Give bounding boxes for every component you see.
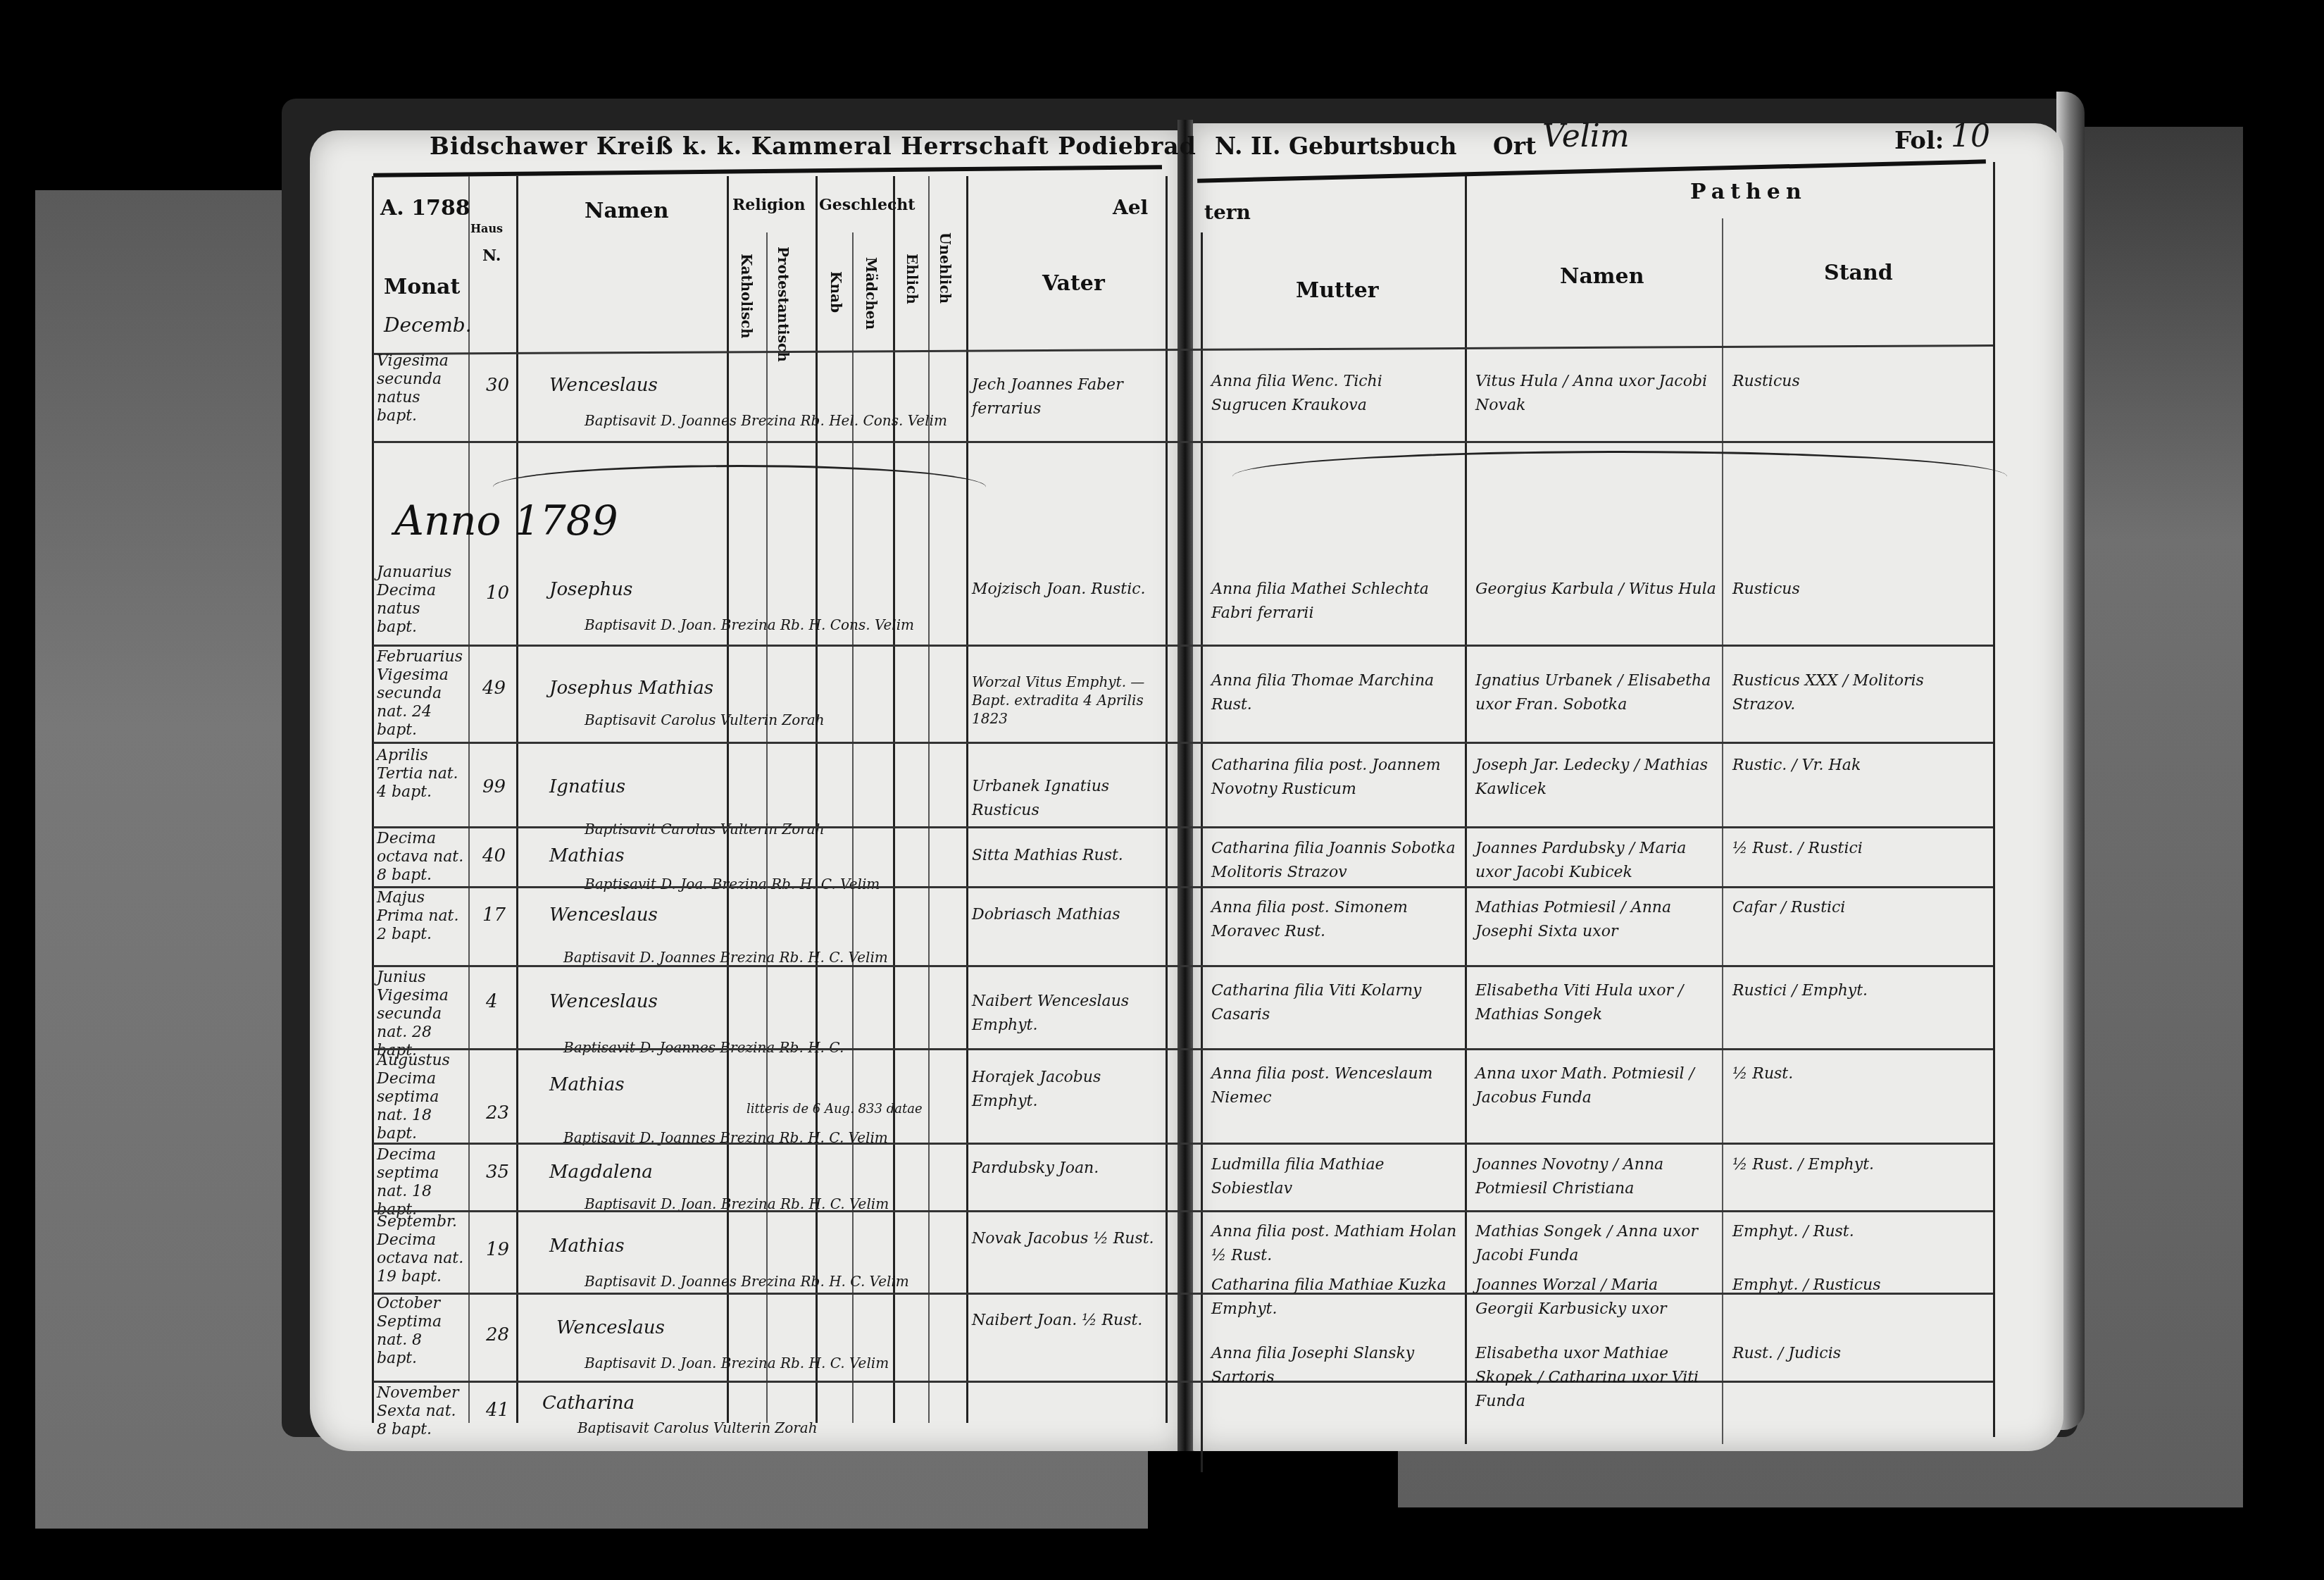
entry-name: Mathias [549, 1234, 624, 1258]
entry-date: November Sexta nat. 8 bapt. [377, 1384, 465, 1439]
entry-date: Septembr. Decima octava nat. 19 bapt. [377, 1213, 465, 1286]
entry-baptized: Baptisavit D. Joannes Brezina Rb. Hel. C… [585, 409, 947, 433]
entry-stand: Cafar / Rustici [1732, 896, 1986, 920]
entry-baptized: Baptisavit D. Joan. Brezina Rb. H. C. Ve… [585, 1351, 889, 1375]
entry-name: Wenceslaus [549, 990, 658, 1014]
entry-stand: Rust. / Judicis [1732, 1342, 1986, 1366]
entry-date: Majus Prima nat. 2 bapt. [377, 889, 465, 944]
entry-pathen: Vitus Hula / Anna uxor Jacobi Novak [1475, 370, 1718, 418]
namen-header: Namen [585, 199, 669, 223]
entry-name: Catharina [542, 1391, 635, 1415]
row-divider [373, 826, 1993, 828]
entry-mutter: Anna filia Mathei Schlechta Fabri ferrar… [1211, 578, 1458, 626]
entry-name: Josephus [549, 578, 632, 602]
entry-stand: Rustici / Emphyt. [1732, 979, 1986, 1003]
entry-mutter: Anna filia Josephi Slansky Sartoris [1211, 1342, 1458, 1390]
entry-name: Mathias [549, 844, 624, 868]
entry-mutter: Anna filia Thomae Marchina Rust. [1211, 669, 1458, 717]
grid-line [1201, 232, 1203, 1472]
folio-number: 10 [1951, 118, 1990, 154]
ehlich-header: Ehlich [904, 254, 920, 304]
grid-line [893, 176, 895, 1423]
entry-date: Februarius Vigesima secunda nat. 24 bapt… [377, 648, 465, 740]
entry-baptized: Baptisavit D. Joa. Brezina Rb. H. C. Vel… [585, 872, 880, 896]
entry-name: Wenceslaus [549, 903, 658, 927]
row-divider [373, 886, 1993, 888]
entry-vater: Pardubsky Joan. [972, 1157, 1162, 1181]
entry-name: Mathias [549, 1073, 624, 1097]
entry-name: Josephus Mathias [549, 676, 713, 700]
entry-pathen: Joseph Jar. Ledecky / Mathias Kawlicek [1475, 754, 1718, 802]
row-divider [373, 965, 1993, 967]
grid-line [468, 176, 470, 1423]
pathen-header: Pathen [1690, 180, 1807, 204]
grid-line [928, 176, 930, 1423]
entry-haus: 41 [486, 1398, 509, 1422]
entry-haus: 10 [486, 581, 509, 605]
grid-line [816, 176, 818, 1423]
entry-stand: Emphyt. / Rusticus [1732, 1274, 1986, 1298]
entry-note: litteris de 6 Aug. 833 datae [746, 1097, 923, 1121]
grid-line [372, 176, 374, 1423]
entry-pathen: Anna uxor Math. Potmiesil / Jacobus Fund… [1475, 1062, 1718, 1110]
entry-baptized: Baptisavit Carolus Vulterin Zorah [585, 708, 825, 732]
madchen-header: Mädchen [863, 257, 880, 330]
entry-pathen: Joannes Pardubsky / Maria uxor Jacobi Ku… [1475, 837, 1718, 885]
flourish [1232, 451, 2007, 502]
left-page-title: Bidschawer Kreiß k. k. Kammeral Herrscha… [430, 132, 1197, 160]
entry-stand: ½ Rust. / Emphyt. [1732, 1153, 1986, 1177]
year-label: A. 1788 [380, 196, 470, 220]
entry-stand: ½ Rust. [1732, 1062, 1986, 1086]
stand-header: Stand [1824, 261, 1893, 285]
entry-pathen: Elisabetha Viti Hula uxor / Mathias Song… [1475, 979, 1718, 1027]
entry-baptized: Baptisavit D. Joannes Brezina Rb. H. C. [563, 1035, 844, 1059]
book-spine [1177, 120, 1193, 1451]
eltern-header-left: Ael [1113, 196, 1148, 219]
grid-line [1722, 218, 1723, 1444]
entry-haus: 17 [482, 903, 506, 927]
entry-stand: Emphyt. / Rust. [1732, 1220, 1986, 1244]
entry-mutter: Catharina filia Joannis Sobotka Molitori… [1211, 837, 1458, 885]
entry-date: Augustus Decima septima nat. 18 bapt. [377, 1052, 465, 1143]
entry-vater: Worzal Vitus Emphyt. — Bapt. extradita 4… [972, 673, 1162, 728]
haus-n-header: N. [482, 247, 501, 265]
entry-haus: 4 [486, 990, 498, 1014]
entry-name: Magdalena [549, 1160, 653, 1184]
eltern-header-right: tern [1204, 201, 1251, 224]
entry-vater: Urbanek Ignatius Rusticus [972, 775, 1162, 823]
entry-haus: 19 [486, 1238, 509, 1262]
entry-haus: 40 [482, 844, 506, 868]
ort-label: Ort [1493, 132, 1536, 160]
unehlich-header: Unehlich [937, 232, 954, 304]
entry-baptized: Baptisavit D. Joan. Brezina Rb. H. Cons.… [585, 613, 914, 637]
entry-mutter: Ludmilla filia Mathiae Sobiestlav [1211, 1153, 1458, 1201]
pathen-namen-header: Namen [1560, 264, 1644, 289]
entry-stand: Rusticus XXX / Molitoris Strazov. [1732, 669, 1986, 717]
katholisch-header: Katholisch [738, 254, 755, 339]
mutter-header: Mutter [1296, 278, 1379, 303]
entry-haus: 35 [486, 1160, 509, 1184]
folio-label: Fol: [1894, 127, 1944, 155]
entry-date: Decima septima nat. 18 bapt. [377, 1146, 465, 1219]
grid-line [516, 176, 518, 1423]
entry-date: Januarius Decima natus bapt. [377, 564, 465, 637]
entry-mutter: Catharina filia post. Joannem Novotny Ru… [1211, 754, 1458, 802]
entry-haus: 28 [486, 1323, 509, 1347]
entry-mutter: Anna filia Wenc. Tichi Sugrucen Kraukova [1211, 370, 1458, 418]
entry-vater: Horajek Jacobus Emphyt. [972, 1066, 1162, 1114]
grid-line [1993, 162, 1995, 1437]
entry-vater: Dobriasch Mathias [972, 903, 1162, 927]
entry-name: Wenceslaus [556, 1316, 665, 1340]
entry-name: Ignatius [549, 775, 625, 799]
entry-vater: Mojzisch Joan. Rustic. [972, 578, 1162, 602]
entry-date: Junius Vigesima secunda nat. 28 bapt. [377, 969, 465, 1060]
row-divider [373, 1210, 1993, 1212]
entry-baptized: Baptisavit Carolus Vulterin Zorah [585, 817, 825, 841]
entry-mutter: Anna filia post. Simonem Moravec Rust. [1211, 896, 1458, 944]
entry-vater: Naibert Wenceslaus Emphyt. [972, 990, 1162, 1038]
first-month: Decemb. [384, 313, 472, 337]
row-divider [373, 742, 1993, 744]
grid-line [1465, 176, 1467, 1444]
entry-vater: Sitta Mathias Rust. [972, 844, 1162, 868]
entry-pathen: Mathias Potmiesil / Anna Josephi Sixta u… [1475, 896, 1718, 944]
monat-header: Monat [384, 275, 460, 299]
entry-date: Decima octava nat. 8 bapt. [377, 830, 465, 885]
entry-date: October Septima nat. 8 bapt. [377, 1295, 465, 1368]
row-divider [373, 441, 1993, 443]
row-divider [373, 645, 1993, 647]
entry-pathen: Elisabetha uxor Mathiae Skopek / Cathari… [1475, 1342, 1718, 1414]
entry-haus: 99 [482, 775, 506, 799]
entry-date: Aprilis Tertia nat. 4 bapt. [377, 747, 465, 802]
entry-date: Vigesima secunda natus bapt. [377, 352, 465, 425]
entry-baptized: Baptisavit Carolus Vulterin Zorah [577, 1416, 818, 1440]
entry-stand: Rustic. / Vr. Hak [1732, 754, 1986, 778]
grid-line [1166, 176, 1168, 1423]
vater-header: Vater [1042, 271, 1105, 296]
entry-mutter: Catharina filia Viti Kolarny Casaris [1211, 979, 1458, 1027]
entry-mutter: Catharina filia Mathiae Kuzka Emphyt. [1211, 1274, 1458, 1321]
geschlecht-header: Geschlecht [819, 196, 915, 214]
entry-haus: 49 [482, 676, 506, 700]
entry-vater: Naibert Joan. ½ Rust. [972, 1309, 1162, 1333]
entry-baptized: Baptisavit D. Joannes Brezina Rb. H. C. … [585, 1269, 909, 1293]
haus-header: Haus [470, 222, 503, 235]
entry-pathen: Joannes Worzal / Maria Georgii Karbusick… [1475, 1274, 1718, 1321]
register-title: N. II. Geburtsbuch Ort [1215, 132, 1536, 160]
entry-vater: Jech Joannes Faber ferrarius [972, 373, 1162, 421]
entry-pathen: Ignatius Urbanek / Elisabetha uxor Fran.… [1475, 669, 1718, 717]
row-divider [373, 1381, 1993, 1383]
entry-mutter: Anna filia post. Mathiam Holan ½ Rust. [1211, 1220, 1458, 1268]
religion-header: Religion [732, 196, 805, 214]
register-title-text: N. II. Geburtsbuch [1215, 132, 1457, 160]
entry-pathen: Joannes Novotny / Anna Potmiesil Christi… [1475, 1153, 1718, 1201]
entry-stand: ½ Rust. / Rustici [1732, 837, 1986, 861]
entry-pathen: Mathias Songek / Anna uxor Jacobi Funda [1475, 1220, 1718, 1268]
knab-header: Knab [827, 271, 844, 313]
entry-pathen: Georgius Karbula / Witus Hula [1475, 578, 1718, 602]
flourish [493, 465, 986, 509]
entry-haus: 23 [486, 1101, 509, 1125]
entry-mutter: Anna filia post. Wenceslaum Niemec [1211, 1062, 1458, 1110]
entry-stand: Rusticus [1732, 370, 1800, 394]
entry-vater: Novak Jacobus ½ Rust. [972, 1227, 1162, 1251]
entry-stand: Rusticus [1732, 578, 1800, 602]
entry-baptized: Baptisavit D. Joannes Brezina Rb. H. C. … [563, 1126, 888, 1150]
protestantisch-header: Protestantisch [775, 247, 792, 362]
entry-name: Wenceslaus [549, 373, 658, 397]
row-divider [373, 1048, 1993, 1050]
grid-line [727, 176, 729, 1423]
ort-value: Velim [1542, 118, 1630, 154]
grid-line [966, 176, 968, 1423]
row-divider [373, 1143, 1993, 1145]
entry-haus: 30 [486, 373, 509, 397]
